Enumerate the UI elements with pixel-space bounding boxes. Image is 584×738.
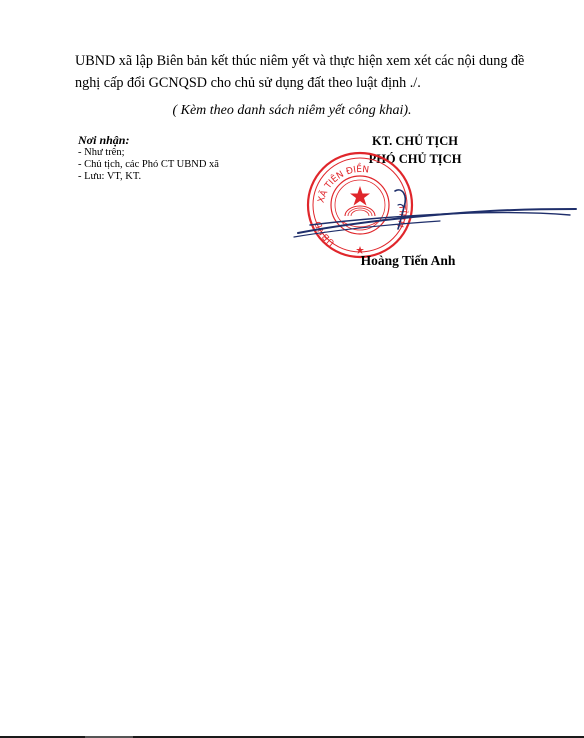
recipient-item: - Lưu: VT, KT. xyxy=(78,171,219,183)
signer-title-1: KT. CHỦ TỊCH xyxy=(330,132,500,150)
attachment-note: ( Kèm theo danh sách niêm yết công khai)… xyxy=(0,103,584,119)
recipients-heading: Nơi nhận: xyxy=(78,133,219,147)
signer-name: Hoàng Tiến Anh xyxy=(338,253,478,269)
body-line: UBND xã lập Biên bản kết thúc niêm yết v… xyxy=(75,50,545,72)
body-line: nghị cấp đổi GCNQSD cho chủ sử dụng đất … xyxy=(75,72,545,94)
document-page: UBND xã lập Biên bản kết thúc niêm yết v… xyxy=(0,0,584,736)
signature-icon xyxy=(290,185,580,245)
body-paragraph: UBND xã lập Biên bản kết thúc niêm yết v… xyxy=(75,50,545,94)
recipient-item: - Như trên; xyxy=(78,147,219,159)
recipient-item: - Chủ tịch, các Phó CT UBND xã xyxy=(78,159,219,171)
recipients-block: Nơi nhận: - Như trên; - Chủ tịch, các Ph… xyxy=(78,133,219,183)
